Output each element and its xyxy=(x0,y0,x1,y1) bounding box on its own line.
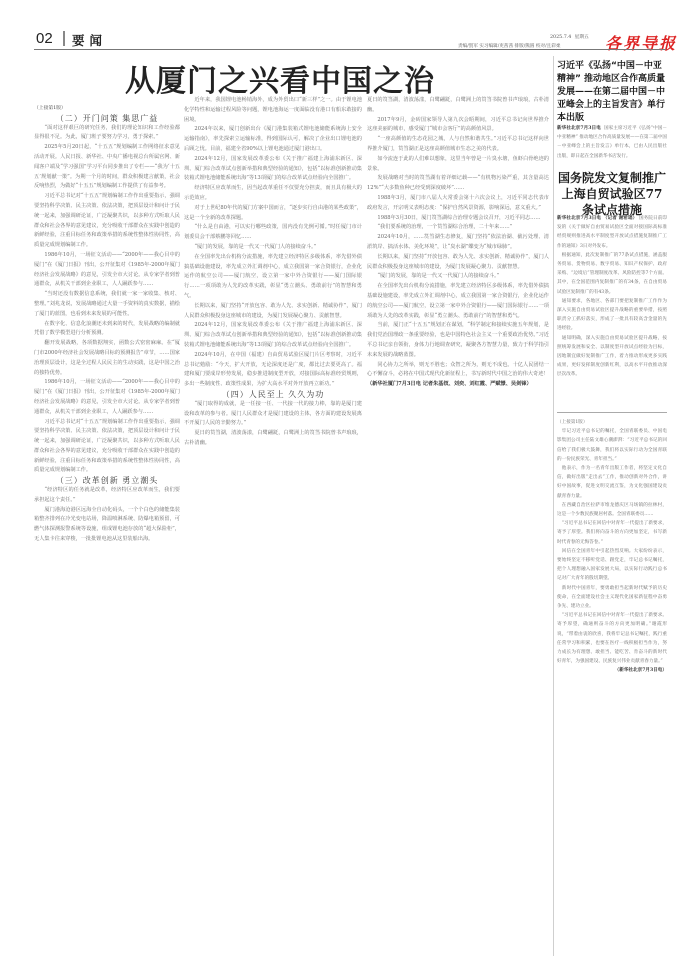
section-heading-2: （二）开门问策 集思广益 xyxy=(34,114,180,124)
paragraph: 厦门港海沧港区远海全自动化码头，一个个白色的储能集装箱整齐排列在冷光变电站场，降… xyxy=(34,506,180,545)
article-column-1: （上接第1版） （二）开门问策 集思广益 “面对这样艰巨的研究任务，我们的理论知… xyxy=(34,104,180,545)
paragraph: 在西藏自治区拉萨市堆龙德庆区马场镇的拉林村，这是一个少数民族聚居村落。全国青联委… xyxy=(557,503,667,517)
sidebar-article-2-body: 新华社北京7月3日电 （记者 谢希瑶） 国务院日前印发的《关于做好自由贸易试验区… xyxy=(557,214,667,380)
newspaper-masthead: 各界导报 xyxy=(605,31,677,54)
paragraph: 他表示，作为一名青年出版工作者，将坚定文化自信，做好出版“走出去”工作，推动创新… xyxy=(557,466,667,499)
paragraph: 1988年3月，厦门市八届人大常委会第十六次会议上，习近平同志代表市政府发言，开… xyxy=(367,194,549,214)
weekday: 星期五 xyxy=(574,35,588,40)
dateline: 新华社北京7月3日电 （记者 谢希瑶） xyxy=(557,216,637,221)
paragraph: “经济特区的任务就是改革，经济特区应改革而生，我们要承担起这个责任。” xyxy=(34,486,180,506)
sidebar-headline-1: 习近平《弘扬“中国－中亚精神” 推动地区合作高质量发展——在第二届中国－中亚峰会… xyxy=(557,60,667,125)
paragraph: “厦门取得的成就，是一任接一任、一代接一代的接力棒，靠的是厦门建设和改革的参与者… xyxy=(184,400,362,429)
paragraph: 2025年5月20日起，“十五五”规划编制工作网络征求意见活动开展。人民日报、新… xyxy=(34,143,180,192)
issue-date: 2025.7.4 星期五 xyxy=(550,33,589,40)
article-column-3: 夏日的筼筜湖，清波荡漾，白鹭翩跹，白鹭洲上的筼筜书院曾书声琅琅，古朴清幽。 20… xyxy=(367,96,549,390)
paragraph: 2024年以来，厦门创新出台《厦门港集装箱式锂电池储能系统海上安全运输指南》，率… xyxy=(184,125,362,154)
continued-marker: （上接第1版） xyxy=(557,418,667,427)
section-heading-4: （四）人民至上 久久为功 xyxy=(184,390,362,400)
paragraph: 近年来，我国锂电池畅销海外，成为外贸出口“新三样”之一。由于锂电池化学特性和运输… xyxy=(184,96,362,125)
paragraph: 经济特区应改革而生，因当起改革重任不仅要充分担责，而且具有极大的示范效应。 xyxy=(184,184,362,204)
page-number-divider xyxy=(63,31,65,46)
paragraph: 夏日的筼筜湖，清波荡漾，白鹭翩跹，白鹭洲上的筼筜书院曾书声琅琅，古朴清幽。 xyxy=(367,96,549,116)
paragraph: 在数字化、信息化浪潮还未到来的时代，发展战略的编制就凭借了数学模型进行分析预测。 xyxy=(34,320,180,340)
article-signoff: （新华社北京7月3日电） xyxy=(557,666,667,675)
paragraph: 长期以来，厦门坚持“开放包容、敢为人先、求实创新、精诚协作”，厦门人民群众积极投… xyxy=(367,253,549,273)
paragraph: 2024年10月，在中国（福建）自由贸易试验区厦门片区考察时，习近平总书记勉励：… xyxy=(184,351,362,390)
paragraph: 同心协力之所举，则无不胜也；众智之所为，则无不成也。十亿人民团结一心不懈奋斗，必… xyxy=(367,361,549,381)
paragraph: “厦门的发展，靠的是一代又一代厦门人的接续奋斗。” xyxy=(184,243,362,253)
sidebar-article-1-body: 新华社北京7月3日电 国家主席习近平《弘扬“中国－中亚精神” 推动地区合作高质量… xyxy=(557,124,667,161)
paragraph: “习近平总书记在回信中对青年一代提出了新要求。寄予厚望，确通则奋斗的方向更加明确… xyxy=(557,613,667,664)
paragraph: 2024年12月，国家发展改革委公布《关于推广福建上海浦东新区、深圳、厦门综合改… xyxy=(184,321,362,350)
article-column-2: 近年来，我国锂电池畅销海外，成为外贸出口“新三样”之一。由于锂电池化学特性和运输… xyxy=(184,96,362,449)
main-headline: 从厦门之兴看中国之治 xyxy=(110,56,450,100)
paragraph: 2017年9月，金砖国家领导人第九次会晤期间，习近平总书记向世界推介这座美丽的城… xyxy=(367,116,549,136)
article-byline: （新华社厦门7月3日电 记者朱基钗、刘奕、刘红霞、严赋憬、吴剑锋） xyxy=(367,380,549,390)
paragraph: 2024年12月，国家发展改革委公布《关于推广福建上海浦东新区、深圳、厦门综合改… xyxy=(184,155,362,184)
paragraph: “厦门的发展，靠的是一代又一代厦门人的接续奋斗。” xyxy=(367,272,549,282)
paragraph: 在全国率先出台机构分流措施，率先建立经济特区多级体系，率先借外债搞基础设施建设，… xyxy=(367,282,549,321)
paragraph: 对于上世纪80年代的厦门方案中国而言，“逐步实行自由港的某些政策”，这是一个全新… xyxy=(184,204,362,224)
dateline: 新华社北京7月3日电 xyxy=(557,126,601,131)
header-rule xyxy=(34,49,666,50)
sidebar-article-3-body: （上接第1版） 牢记习近平总书记的嘱托，全国青联委员、中国电影集团公司主任陆文雄… xyxy=(557,418,667,676)
sidebar-headline-2: 国务院发文复制推广 上海自贸试验区77条试点措施 xyxy=(557,170,667,218)
paragraph: 牢记习近平总书记的嘱托，全国青联委员、中国电影集团公司主任陆文雄心潮澎湃：“习近… xyxy=(557,429,667,462)
paragraph: “当时还没有数据信息系统，我们就一家一家收集、核对、整理。”刘兆龙说，发展战略通… xyxy=(34,290,180,319)
section-heading-3: （三）改革创新 勇立潮头 xyxy=(34,476,180,486)
section-title: 要闻 xyxy=(72,31,107,49)
paragraph: “什么是自由港，可以实行哪些政策，国内没有先例可循。”时任厦门市计划委员会干部蔡… xyxy=(184,223,362,243)
paragraph: “一座高颜值的生态花园之城，人与自然和谐共生。”习近平总书记这样向世界推介厦门，… xyxy=(367,135,549,155)
paragraph: 新时代中国青年，要勇敢担当起新时代赋予的历史使命，在全面建设社会主义现代化国家新… xyxy=(557,586,667,609)
paragraph: 长期以来，厦门坚持“开放包容、敢为人先、求实创新、精诚协作”，厦门人民群众积极投… xyxy=(184,302,362,322)
paragraph: 根据通知，此次复制推广的77条试点措施，涵盖服务贸易、货物贸易、数字贸易、知识产… xyxy=(557,253,667,295)
paragraph: 通知明确，深入实施自由贸易试验区提升战略，按照统筹发展和安全、以制度型开放试点经… xyxy=(557,336,667,378)
paragraph: 习近平总书记对“十五五”规划编制工作作出重要指示，强调要坚持科学决策、民主决策、… xyxy=(34,418,180,477)
paragraph: 翻开发展战略，各项数据翔实，函数公式密密麻麻。在“厦门市2000年经济社会发展战… xyxy=(34,339,180,378)
page-header: 02 要闻 2025.7.4 星期五 责编/賀军 实习编辑/吏茜茜 排版/熊圆 … xyxy=(0,0,700,48)
paragraph: 夏日的筼筜湖，清波荡漾，白鹭翩跹，白鹭洲上的筼筜书院曾书声琅琅，古朴清幽。 xyxy=(184,429,362,449)
continued-marker: （上接第1版） xyxy=(34,104,180,114)
headline-line-1: 国务院发文复制推广 xyxy=(557,170,667,186)
paragraph: 如今流连于此的人们难以想象，这里当年曾是一片臭水塘，鱼虾白骨绝迹的景象。 xyxy=(367,155,549,175)
paragraph: 1986年10月，一场征文活动——“2000年——我心目中的厦门”在《厦门日报》… xyxy=(34,378,180,417)
column-divider xyxy=(553,56,554,956)
paragraph: 回信在全国青年中引起热烈反响。大家纷纷表示，要始终坚定不移听党话、跟党走，牢记总… xyxy=(557,549,667,582)
paragraph: 在全国率先出台机构分流措施，率先建立经济特区多级体系，率先借外债搞基础设施建设，… xyxy=(184,253,362,302)
paragraph: “习近平总书记在回信中对青年一代提出了新要求，寄予了厚望。我们将向奋斗的方向更加… xyxy=(557,521,667,544)
date: 2025.7.4 xyxy=(550,35,571,40)
paragraph: “面对这样艰巨的研究任务，我们的理论知识和工作经验都显得很不足。为此，厦门班子要… xyxy=(34,124,180,144)
paragraph: 通知要求，各地区、各部门要把复制推广工作作为深入实施自由贸易试验区提升战略的重要… xyxy=(557,299,667,332)
sidebar-rule xyxy=(557,412,667,413)
paragraph: 1988年3月30日，厦门筼筜湖综合治理专题会议召开，习近平同志…… xyxy=(367,214,549,224)
page-number: 02 xyxy=(36,30,53,47)
paragraph: 当前，厦门正“十五五”规划正在谋划，“科学制定和接续实施五年规划，是我们党治国理… xyxy=(367,321,549,360)
paragraph: 发展战略对当时的筼筜湖有着详细记载——“有机物污染严重，其含量高达12%”“大多… xyxy=(367,174,549,194)
paragraph: 习近平总书记对“十五五”规划编制工作作出重要指示，强调要坚持科学决策、民主决策、… xyxy=(34,192,180,251)
paragraph: 1986年10月，一场征文活动——“2000年——我心目中的厦门”在《厦门日报》… xyxy=(34,251,180,290)
paragraph: 2024年10月，……筼筜湖生态修复，厦门坚持“依法治湖、截污处理、清淤筑岸、搞… xyxy=(367,233,549,253)
paragraph: “我们要系统的治理，一个筼筜湖综合治理，二十年来……” xyxy=(367,223,549,233)
